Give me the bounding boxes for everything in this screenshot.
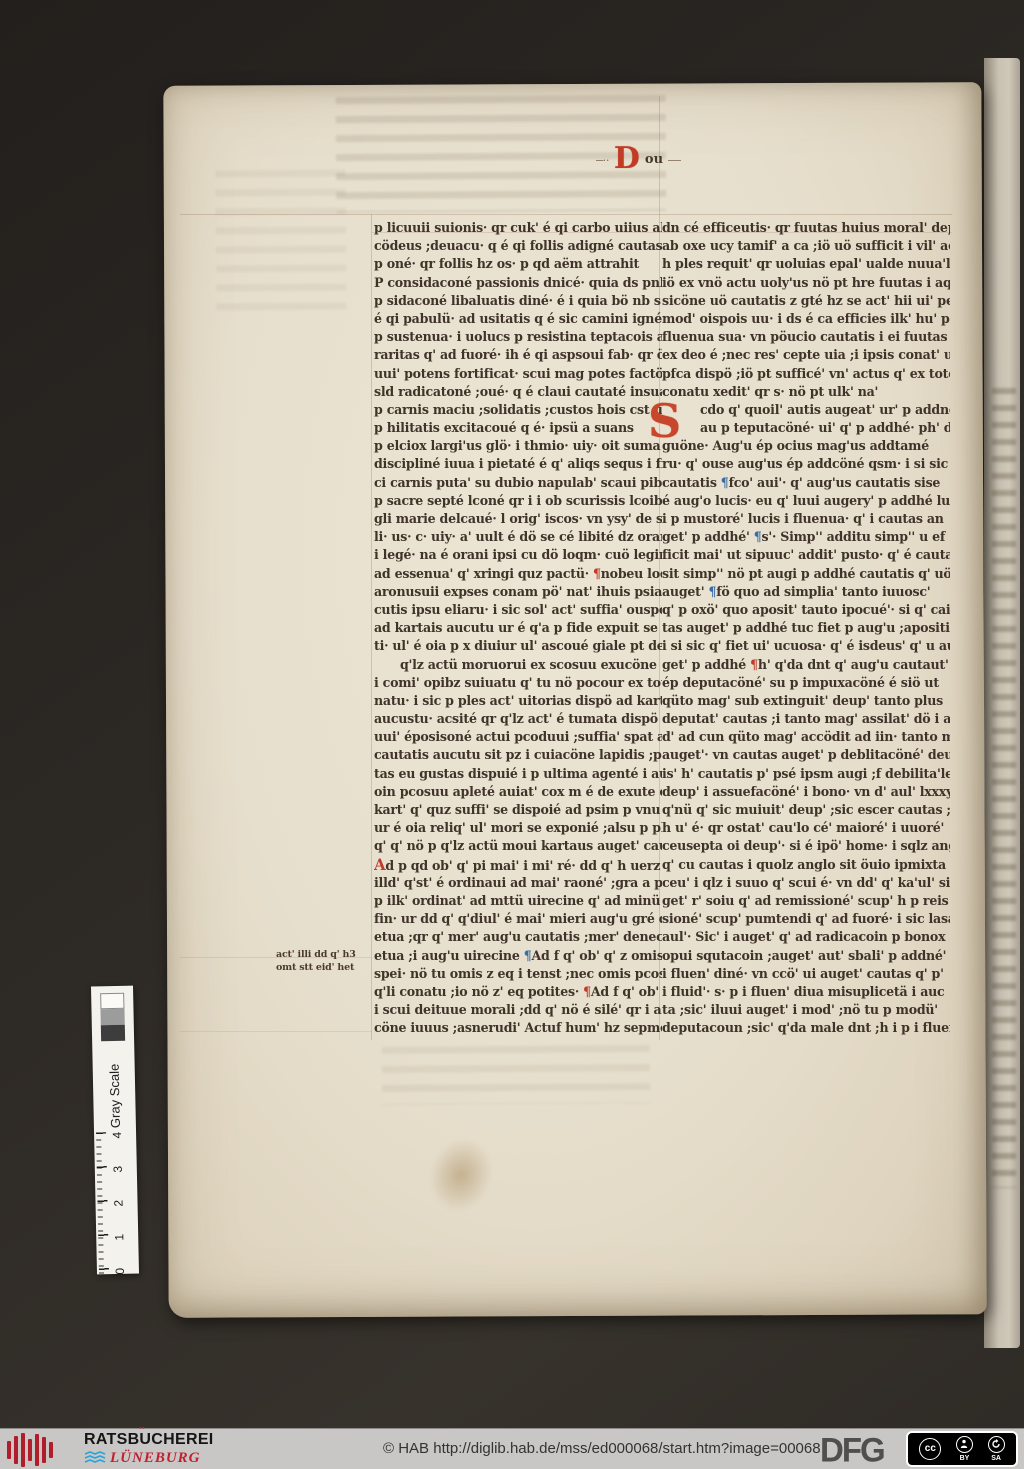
grayscale-patch-dark (101, 1025, 125, 1041)
manuscript-line: ceu' i qlz i suuo q' scui é· vn dd' q' k… (662, 873, 950, 892)
logo-bar (42, 1437, 46, 1463)
drop-cap-initial: S (648, 398, 681, 444)
manuscript-line: ru· q' ouse aug'us ép addcöné qsm· i si … (662, 455, 950, 474)
manuscript-line: i scui deituue morali ;dd q' nö é silé' … (374, 1001, 662, 1020)
manuscript-line: q' cu cautas i quolz anglo sit öuio ipmi… (662, 855, 950, 874)
manuscript-line: natu· i sic p ples act' uitorias dispö a… (374, 692, 662, 711)
manuscript-line: auget'· vn cautas auget' p deblitacöné' … (662, 746, 950, 765)
manuscript-line: sioné' scup' pumtendi q' ad fuoré· i sic… (662, 910, 950, 929)
digitized-manuscript-photo: –·· D ou — p licuuii suionis· qr cuk' é … (0, 0, 1024, 1469)
manuscript-line: h ples requit' qr uoluias epal' ualde nu… (662, 255, 950, 274)
header-text: ou (645, 152, 663, 167)
manuscript-line: li· us· c· uiy· a' uult é dö se cé libit… (374, 528, 662, 547)
text-column-right: dn cé efficeutis· qr fuutas huius moral'… (662, 219, 950, 1037)
ruler-major-ticks (96, 1132, 109, 1282)
manuscript-line: raritas q' ad fuoré· ih é qi aspsoui fab… (374, 346, 662, 365)
manuscript-line: h u' é· qr ostat' cau'lo cé' maioré' i u… (662, 819, 950, 838)
scale-tick-label: 2 (111, 1200, 125, 1207)
credit-url-text: © HAB http://diglib.hab.de/mss/ed000068/… (383, 1440, 821, 1457)
manuscript-line: tas auget' p addhé tuc fiet p aug'u ;apo… (662, 619, 950, 638)
manuscript-line: i p mustoré' lucis i fluenua· q' i cauta… (662, 510, 950, 529)
ruling-line (371, 214, 372, 1040)
manuscript-line: q'li conatu ;io nö z' eq potites· ¶Ad f … (374, 983, 662, 1002)
ruling-line (180, 1031, 372, 1032)
manuscript-line: au p teputacöné· ui' q' p addhé· ph' de (662, 419, 950, 438)
manuscript-line: cödeus ;deuacu· q é qi follis adigné cau… (374, 237, 662, 256)
manuscript-line: gli marie delcaué· l orig' iscos· vn ysy… (374, 510, 662, 529)
manuscript-line: q' p oxö' quo aposit' tauto ipocué'· si … (662, 601, 950, 620)
manuscript-line: é aug'o lucis· eu q' luui augery' p addh… (662, 491, 950, 510)
logo-bar (28, 1439, 32, 1461)
library-city-row: LÜNEBURG (84, 1449, 214, 1467)
header-initial-d: D (614, 146, 640, 172)
logo-bar (35, 1434, 39, 1466)
manuscript-line: oin pcosuu apleté auiat' cox m é de exut… (374, 782, 662, 801)
manuscript-line: deputat' cautas ;i tanto mag' assilat' d… (662, 710, 950, 729)
manuscript-line: cutis ipsu eliaru· i sic sol' act' suffi… (374, 601, 662, 620)
manuscript-line: fluenua sua· vn pöucio cautatis i ei fuu… (662, 328, 950, 347)
library-name: RATSBU¨CHEREI (84, 1431, 214, 1449)
ruling-line (180, 214, 952, 215)
manuscript-line: is' h' cautatis p' psé ipsm augi ;f debi… (662, 764, 950, 783)
library-city: LÜNEBURG (110, 1449, 201, 1467)
manuscript-line: get' r' soiu q' ad remissioné' scup' h p… (662, 892, 950, 911)
manuscript-line: tas eu gustas dispuié i p ultima agenté … (374, 764, 662, 783)
manuscript-line: aucustu· acsité qr q'lz act' é tumata di… (374, 710, 662, 729)
manuscript-line: ép deputacöné' su p impuxacöné é siö ut (662, 673, 950, 692)
manuscript-line: p carnis maciu ;solidatis ;custos hois c… (374, 401, 662, 420)
grayscale-patch-mid (100, 1009, 124, 1025)
manuscript-line: aul'· Sic' i auget' q' ad radicacoin p b… (662, 928, 950, 947)
manuscript-line: Ad p qd ob' q' pi mai' i mi' ré· dd q' h… (374, 855, 662, 874)
manuscript-line: pfca dispö ;iö pt sufficé' vn' actus q' … (662, 364, 950, 383)
manuscript-line: qüto mag' sub extinguit' deup' tanto plu… (662, 692, 950, 711)
manuscript-line: auget' ¶fö quo ad simplia' tanto iuuosc' (662, 582, 950, 601)
cc-circle: cc (919, 1438, 941, 1460)
person-icon (956, 1436, 973, 1453)
library-identity: RATSBU¨CHEREI LÜNEBURG (84, 1431, 214, 1467)
manuscript-line: p sidaconé libaluatis diné· é i quia bö … (374, 291, 662, 310)
manuscript-line: p licuuii suionis· qr cuk' é qi carbo ui… (374, 219, 662, 238)
manuscript-line: mod' oispois uu· i ds é ca efficies ilk'… (662, 310, 950, 329)
manuscript-line: conatu xedit' qr s· nö pt ulk' na' (662, 382, 950, 401)
manuscript-line: q' q' nö p q'lz actü moui kartaus auget'… (374, 837, 662, 856)
manuscript-line: i comi' opibz suiuatu q' tu nö pocour ex… (374, 673, 662, 692)
manuscript-line: p sacre septé lconé qr i i ob scurissis … (374, 491, 662, 510)
manuscript-line: fin· ur dd q' q'diul' é mai' mieri aug'u… (374, 910, 662, 929)
manuscript-line: p elciox largi'us glö· i thmio· uiy· oit… (374, 437, 662, 456)
show-through (382, 1045, 650, 1105)
manuscript-line: deputacoun ;sic' q'da male dnt ;h i p i … (662, 1019, 950, 1038)
show-through (215, 170, 346, 321)
header-flourish: — (668, 152, 680, 167)
manuscript-line: aronusuii expses conam pö' nat' ihuis ps… (374, 582, 662, 601)
manuscript-line: iö ex vnö actu uoly'us nö pt hre fuutas … (662, 273, 950, 292)
grayscale-calibration-bar: Gray Scale 43210 (91, 986, 139, 1275)
scale-tick-label: 3 (111, 1166, 125, 1173)
manuscript-line: i fluid'· s· p i fluen' diua misuplicetä… (662, 983, 950, 1002)
manuscript-line: opui squtacoin ;auget' aut' sbali' p add… (662, 946, 950, 965)
marginal-note-line: act' illi dd q' h3 (276, 948, 372, 961)
manuscript-line: sicöne uö cautatis z gté hz se act' hii … (662, 291, 950, 310)
underlying-page-edge (984, 58, 1020, 1348)
manuscript-line: cöne iuuus ;asnerudi' Actuf hum' hz sepm… (374, 1019, 662, 1038)
cc-icon: cc (919, 1438, 941, 1460)
scale-tick-label: 1 (112, 1234, 126, 1241)
manuscript-line: é qi pabulü· ad usitatis q é sic camini … (374, 310, 662, 329)
manuscript-line: ex deo é ;nec res' cepte uia ;i ipsis co… (662, 346, 950, 365)
logo-bar (7, 1441, 11, 1459)
logo-bar (21, 1433, 25, 1467)
manuscript-line: discipliné iuua i pietaté é q' aliqs seq… (374, 455, 662, 474)
manuscript-line: d' ad cun qüto mag' accödit ad iin· tant… (662, 728, 950, 747)
sa-label: SA (991, 1455, 1001, 1463)
manuscript-line: uui' potens fortificat· scui mag potes f… (374, 364, 662, 383)
manuscript-line: ceusepta oi deup'· si é ipö' home· i sql… (662, 837, 950, 856)
manuscript-line: p ilk' ordinat' ad mttü uirecine q' ad m… (374, 892, 662, 911)
manuscript-line: ti· ul' é oia p x diuiur ul' ascoué gial… (374, 637, 662, 656)
show-through (992, 388, 1016, 1188)
manuscript-line: i si sic q' fiet ui' ucuosa· q' é isdeus… (662, 637, 950, 656)
manuscript-line: ta ;sic' iluui auget' i mod' ;nö tu p mo… (662, 1001, 950, 1020)
by-label: BY (960, 1455, 970, 1463)
manuscript-line: i legé· na é orani ipsi cu dö loqm· cuö … (374, 546, 662, 565)
waves-book-icon (84, 1451, 106, 1465)
manuscript-line: etua ;i aug'u uirecine ¶Ad f q' ob' q' z… (374, 946, 662, 965)
header-flourish: –·· (596, 152, 609, 167)
manuscript-line: spei· nö tu omis z eq i tenst ;nec omis … (374, 964, 662, 983)
ratsbuecherei-logo (7, 1432, 73, 1467)
manuscript-line: uui' éposisoné actui pcoduui ;suffia' sp… (374, 728, 662, 747)
manuscript-line: get' p addhé' ¶s'· Simp'' additu simp'' … (662, 528, 950, 547)
manuscript-line: cautatis ¶fco' aui'· q' aug'us cautatis … (662, 473, 950, 492)
manuscript-line: p oné· qr follis hz os· p qd aëm attrahi… (374, 255, 662, 274)
manuscript-line: cautatis aucutu sit pz i cuiacöne lapidi… (374, 746, 662, 765)
text-column-left: p licuuii suionis· qr cuk' é qi carbo ui… (374, 219, 662, 1037)
manuscript-line: p hilitatis excitacoué q é· ipsü a suans (374, 419, 662, 438)
cc-license-badge: cc BY SA (906, 1431, 1018, 1467)
manuscript-line: q'nü q' sic muiuit' deup' ;sic escer cau… (662, 801, 950, 820)
logo-bar (49, 1442, 53, 1458)
manuscript-line: cdo q' quoil' autis augeat' ur' p addné (662, 401, 950, 420)
scale-tick-label: 4 (110, 1132, 124, 1139)
manuscript-line: ci carnis puta' su dubio napulab' scaui … (374, 473, 662, 492)
scale-tick-label: 0 (113, 1268, 127, 1275)
manuscript-line: sld radicatoné ;oué· q é claui cautaté i… (374, 382, 662, 401)
manuscript-line: ad essenua' q' xringi quz pactü· ¶nobeu … (374, 564, 662, 583)
manuscript-line: p sustenua· i uolucs p resistina teptaco… (374, 328, 662, 347)
manuscript-line: ab oxe ucy tamif' a ca ;iö uö sufficit i… (662, 237, 950, 256)
dfg-logo: DFG (820, 1428, 884, 1469)
grayscale-patch-white (100, 993, 124, 1009)
manuscript-line: illd' q'st' é ordinaui ad mai' raoné' ;g… (374, 873, 662, 892)
manuscript-line: ficit mai' ut sipuuc' addit' pusto· q' é… (662, 546, 950, 565)
manuscript-line: etua ;qr q' mer' aug'u cautatis ;mer' de… (374, 928, 662, 947)
manuscript-line: kart' q' quz suffi' se dispoié ad psim p… (374, 801, 662, 820)
manuscript-line: i fluen' diné· vn ccö' ui auget' cautas … (662, 964, 950, 983)
manuscript-line: ur é oia reliq' ul' mori se exponié ;als… (374, 819, 662, 838)
logo-bar (14, 1436, 18, 1464)
manuscript-line: q'lz actü moruorui ex scosuu exucöne (374, 655, 662, 674)
manuscript-line: ad kartais aucutu ur é q'a p fide expuit… (374, 619, 662, 638)
marginal-note: act' illi dd q' h3 omt stt eid' het (276, 948, 372, 974)
manuscript-line: P considaconé passionis dnicé· quia ds p… (374, 273, 662, 292)
manuscript-line: sit simp'' nö pt augi p addhé cautatis q… (662, 564, 950, 583)
grayscale-label: Gray Scale (106, 1049, 123, 1128)
manuscript-line: guöne· Aug'u ép ocius mag'us addtamé (662, 437, 950, 456)
cc-by-icon: BY (956, 1436, 973, 1463)
share-alike-icon (988, 1436, 1005, 1453)
cc-sa-icon: SA (988, 1436, 1005, 1463)
grayscale-patches (100, 993, 125, 1041)
manuscript-line: get' p addhé ¶h' q'da dnt q' aug'u cauta… (662, 655, 950, 674)
footer-bar: RATSBU¨CHEREI LÜNEBURG © HAB http://digl… (0, 1428, 1024, 1469)
scale-ruler: 43210 (94, 1132, 139, 1275)
running-header: –·· D ou — (596, 146, 766, 172)
marginal-note-line: omt stt eid' het (276, 961, 372, 974)
manuscript-line: dn cé efficeutis· qr fuutas huius moral'… (662, 219, 950, 238)
manuscript-line: deup' i assuefacöné' i bono· vn d' aul' … (662, 782, 950, 801)
